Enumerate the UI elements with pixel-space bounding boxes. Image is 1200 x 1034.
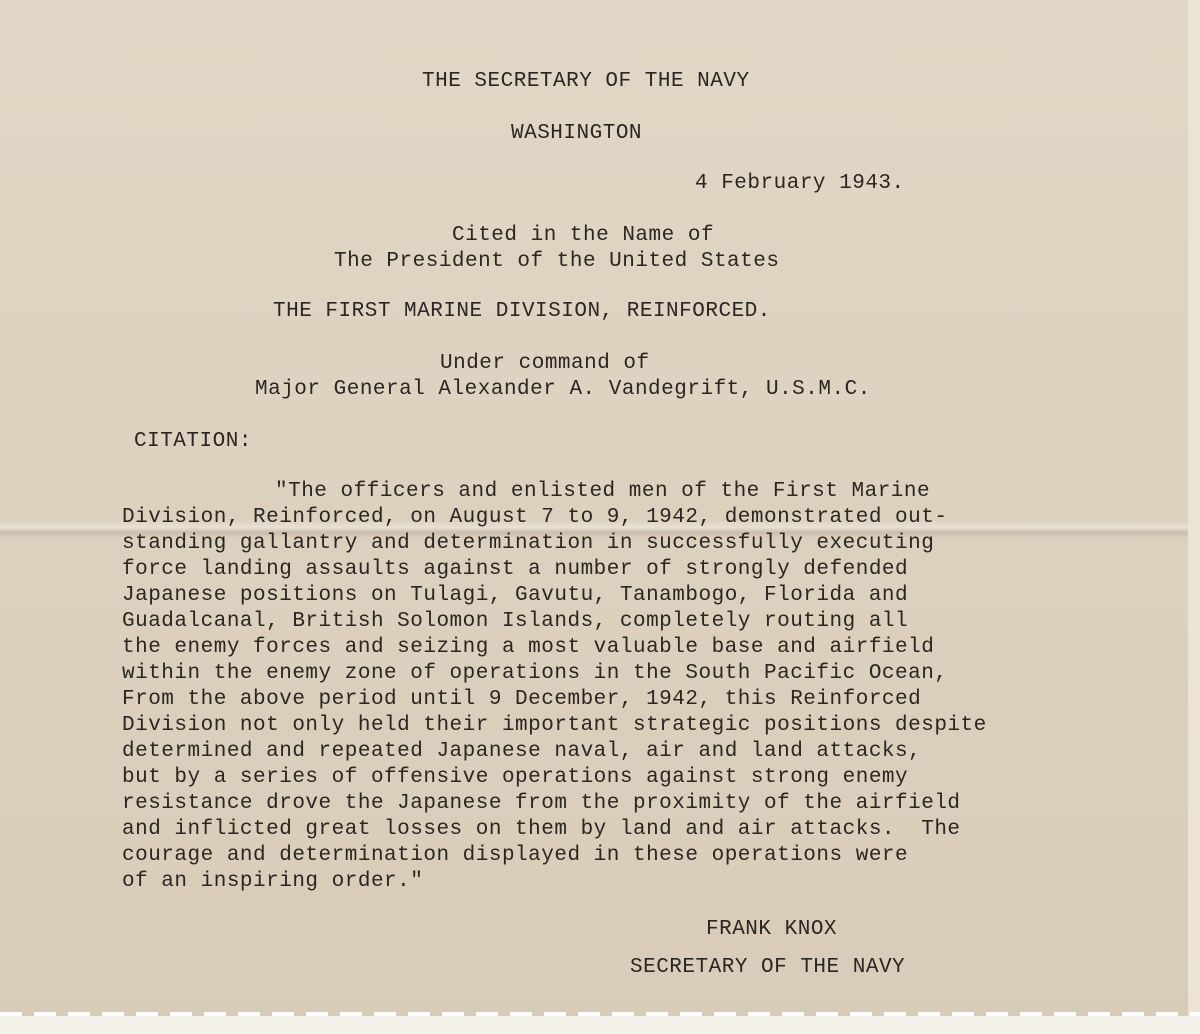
- signature-name: FRANK KNOX: [706, 918, 837, 941]
- body-line: force landing assaults against a number …: [122, 558, 908, 581]
- body-line: the enemy forces and seizing a most valu…: [122, 636, 934, 659]
- unit-name: THE FIRST MARINE DIVISION, REINFORCED.: [273, 300, 771, 323]
- paper-edge: [1188, 0, 1200, 1034]
- body-line: resistance drove the Japanese from the p…: [122, 792, 961, 815]
- document-date: 4 February 1943.: [695, 172, 905, 195]
- body-line: within the enemy zone of operations in t…: [122, 662, 947, 685]
- body-line: From the above period until 9 December, …: [122, 688, 921, 711]
- body-line: standing gallantry and determination in …: [122, 532, 934, 555]
- body-line: and inflicted great losses on them by la…: [122, 818, 961, 841]
- signature-title: SECRETARY OF THE NAVY: [630, 956, 905, 979]
- header-title: THE SECRETARY OF THE NAVY: [422, 70, 750, 93]
- body-line: determined and repeated Japanese naval, …: [122, 740, 921, 763]
- command-line-2: Major General Alexander A. Vandegrift, U…: [255, 378, 871, 401]
- cited-line-2: The President of the United States: [334, 250, 779, 273]
- body-line: courage and determination displayed in t…: [122, 844, 908, 867]
- cited-line-1: Cited in the Name of: [452, 224, 714, 247]
- paper-bottom-strip: [0, 1016, 1200, 1034]
- citation-label: CITATION:: [134, 430, 252, 453]
- body-line: Division, Reinforced, on August 7 to 9, …: [122, 506, 947, 529]
- body-line: Guadalcanal, British Solomon Islands, co…: [122, 610, 908, 633]
- body-line: but by a series of offensive operations …: [122, 766, 908, 789]
- body-line: of an inspiring order.": [122, 870, 423, 893]
- command-line-1: Under command of: [440, 352, 650, 375]
- header-location: WASHINGTON: [511, 122, 642, 145]
- body-line: Division not only held their important s…: [122, 714, 987, 737]
- body-line: Japanese positions on Tulagi, Gavutu, Ta…: [122, 584, 908, 607]
- body-line: "The officers and enlisted men of the Fi…: [275, 480, 930, 503]
